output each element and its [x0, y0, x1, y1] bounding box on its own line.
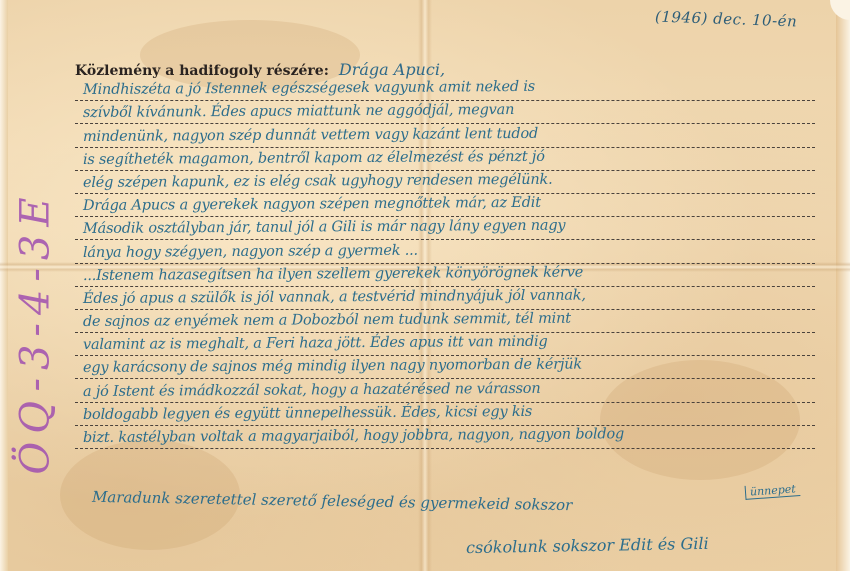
ruled-line: boldogabb legyen és együtt ünnepelhessük… [75, 403, 815, 426]
handwritten-line: boldogabb legyen és együtt ünnepelhessük… [83, 404, 532, 423]
handwritten-line: is segítheték magamon, bentről kapom az … [83, 149, 545, 168]
paper-edge-right [836, 0, 850, 571]
handwritten-line: elég szépen kapunk, ez is elég csak ugyh… [83, 172, 553, 191]
ruled-line: a jó Istent és imádkozzál sokat, hogy a … [75, 379, 815, 402]
ruled-line: lánya hogy szégyen, nagyon szép a gyerme… [75, 240, 815, 263]
ruled-line: is segítheték magamon, bentről kapom az … [75, 148, 815, 171]
date-note: (1946) dec. 10-én [655, 8, 798, 31]
handwritten-line: egy karácsony de sajnos még mindig ilyen… [83, 357, 582, 376]
header-row: Közlemény a hadifogoly részére: Drága Ap… [75, 60, 445, 79]
handwritten-line: szívből kívánunk. Édes apucs miattunk ne… [83, 102, 514, 121]
handwritten-line: ...Istenem hazasegítsen ha ilyen szellem… [83, 264, 583, 283]
ruled-line: ...Istenem hazasegítsen ha ilyen szellem… [75, 264, 815, 287]
handwritten-line: de sajnos az enyémek nem a Dobozból nem … [83, 311, 571, 330]
handwritten-line: valamint az is meghalt, a Feri haza jött… [83, 334, 548, 353]
ruled-line: mindenünk, nagyon szép dunnát vettem vag… [75, 124, 815, 147]
handwritten-line: bizt. kastélyban voltak a magyarjaiból, … [83, 426, 624, 446]
handwritten-line: Mindhiszéta a jó Istennek egészségesek v… [83, 79, 535, 98]
ruled-line: de sajnos az enyémek nem a Dobozból nem … [75, 310, 815, 333]
censor-mark: ÖQ-3-4-3E [14, 112, 58, 552]
ruled-line: valamint az is meghalt, a Feri haza jött… [75, 333, 815, 356]
handwritten-line: Második osztályban jár, tanul jól a Gili… [83, 218, 566, 237]
handwritten-line: lánya hogy szégyen, nagyon szép a gyerme… [83, 242, 418, 260]
handwritten-line: Édes jó apus a szülők is jól vannak, a t… [83, 287, 586, 307]
ruled-line: elég szépen kapunk, ez is elég csak ugyh… [75, 171, 815, 194]
printed-header: Közlemény a hadifogoly részére: [75, 63, 329, 79]
ruled-line: szívből kívánunk. Édes apucs miattunk ne… [75, 101, 815, 124]
salutation: Drága Apuci, [339, 60, 445, 79]
inserted-word: ünnepet [745, 482, 801, 500]
ruled-line: Drága Apucs a gyerekek nagyon szépen meg… [75, 194, 815, 217]
pow-postcard: (1946) dec. 10-én Közlemény a hadifogoly… [0, 0, 850, 571]
ruled-line: Mindhiszéta a jó Istennek egészségesek v… [75, 78, 815, 101]
letter-body: Mindhiszéta a jó Istennek egészségesek v… [75, 78, 815, 449]
paper-edge-left [0, 0, 8, 571]
ruled-line: Második osztályban jár, tanul jól a Gili… [75, 217, 815, 240]
ruled-line: Édes jó apus a szülők is jól vannak, a t… [75, 287, 815, 310]
handwritten-line: mindenünk, nagyon szép dunnát vettem vag… [83, 125, 538, 144]
paper-corner [830, 0, 850, 20]
ruled-line: bizt. kastélyban voltak a magyarjaiból, … [75, 426, 815, 449]
handwritten-line: Drága Apucs a gyerekek nagyon szépen meg… [83, 195, 541, 214]
signature: csókolunk sokszor Edit és Gili [466, 534, 709, 557]
ruled-line: egy karácsony de sajnos még mindig ilyen… [75, 356, 815, 379]
handwritten-line: a jó Istent és imádkozzál sokat, hogy a … [83, 380, 541, 399]
censor-mark-text: ÖQ-3-4-3E [13, 189, 59, 474]
